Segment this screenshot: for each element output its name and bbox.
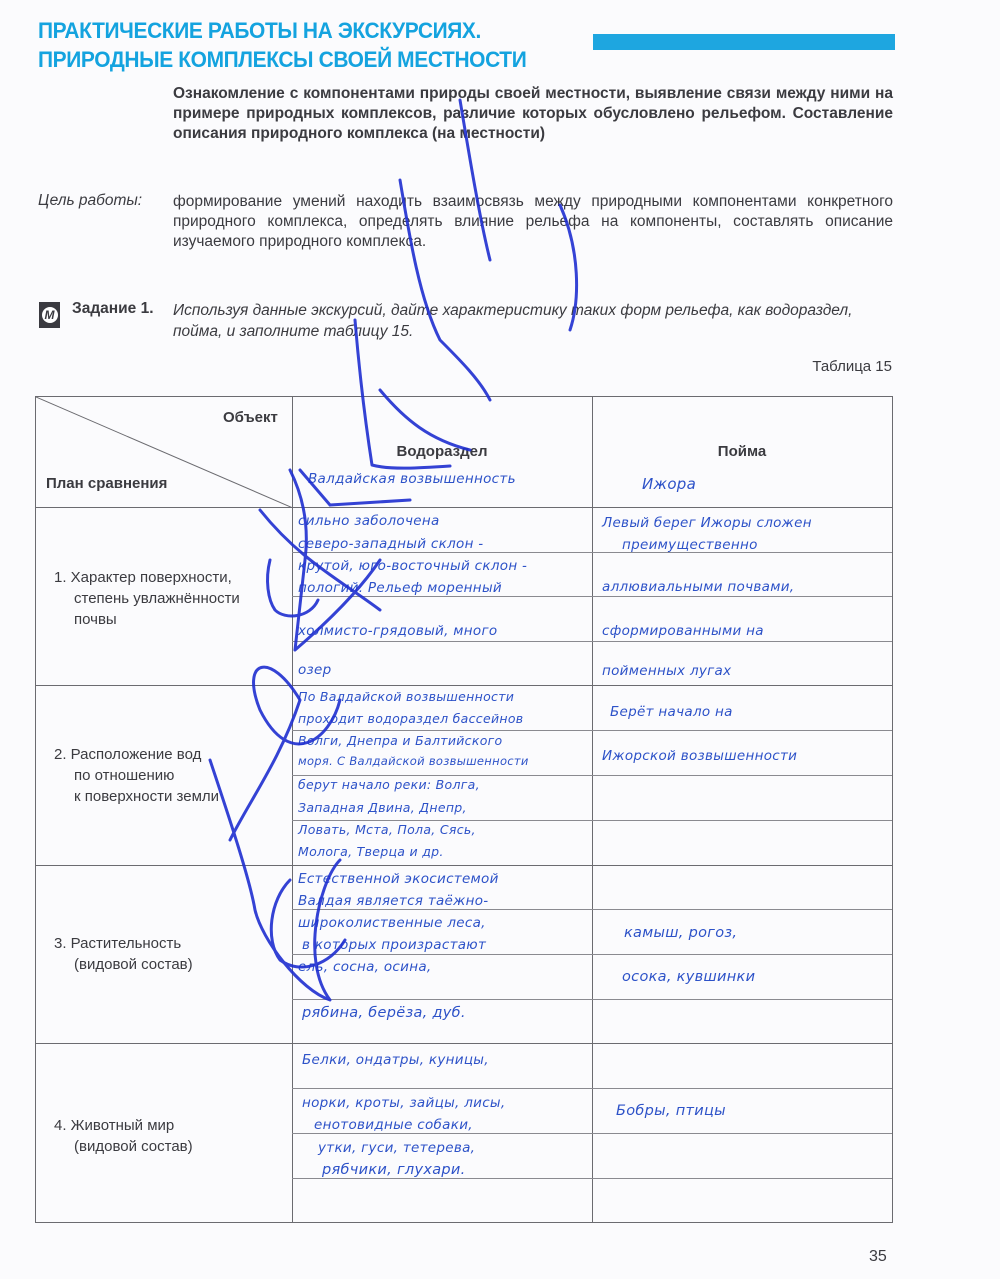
table-caption: Таблица 15 — [812, 358, 892, 375]
answer-cell: По Валдайской возвышенности — [298, 689, 514, 704]
page-title: ПРАКТИЧЕСКИЕ РАБОТЫ НА ЭКСКУРСИЯХ. ПРИРО… — [38, 16, 526, 74]
header-object-label: Объект — [223, 409, 278, 426]
row-label-vegetation: 3. Растительность (видовой состав) — [54, 933, 193, 975]
answer-cell: северо-западный склон - — [298, 536, 483, 552]
answer-cell: проходит водораздел бассейнов — [298, 711, 523, 726]
answer-cell: Молога, Тверца и др. — [298, 844, 444, 859]
metapredmet-icon: М — [39, 302, 60, 328]
row-label-surface: 1. Характер поверхности, степень увлажнё… — [54, 567, 240, 630]
title-line-2: ПРИРОДНЫЕ КОМПЛЕКСЫ СВОЕЙ МЕСТНОСТИ — [38, 45, 526, 74]
intro-text: Ознакомление с компонентами природы свое… — [173, 84, 893, 144]
task-text: Используя данные экскурсий, дайте характ… — [173, 300, 893, 342]
answer-cell: берут начало реки: Волга, — [298, 777, 480, 792]
row-divider — [36, 865, 892, 866]
answer-cell: аллювиальными почвами, — [602, 579, 794, 595]
answer-cell: в которых произрастают — [302, 937, 486, 953]
answer-cell: ель, сосна, осина, — [298, 959, 432, 975]
answer-cell: Бобры, птицы — [616, 1103, 726, 1119]
answer-cell: осока, кувшинки — [622, 969, 755, 985]
goal-text: формирование умений находить взаимосвязь… — [173, 192, 893, 252]
page-number: 35 — [869, 1248, 887, 1266]
answer-cell: преимущественно — [622, 537, 758, 553]
handwritten-watershed-name: Валдайская возвышенность — [308, 471, 516, 487]
answer-cell: крутой, юго-восточный склон - — [298, 558, 527, 574]
answer-cell: Берёт начало на — [610, 704, 733, 720]
column-divider — [292, 397, 293, 1222]
answer-cell: Валдая является таёжно- — [298, 893, 488, 909]
answer-cell: пологий. Рельеф моренный — [298, 580, 502, 596]
answer-cell: сильно заболочена — [298, 513, 440, 529]
answer-cell: Белки, ондатры, куницы, — [302, 1052, 489, 1068]
answer-cell: норки, кроты, зайцы, лисы, — [302, 1095, 505, 1111]
answer-cell: Волги, Днепра и Балтийского — [298, 733, 502, 748]
answer-cell: енотовидные собаки, — [314, 1117, 473, 1133]
answer-cell: утки, гуси, тетерева, — [318, 1140, 475, 1156]
answer-cell: моря. С Валдайской возвышенности — [298, 754, 529, 768]
row-label-fauna: 4. Животный мир (видовой состав) — [54, 1115, 193, 1157]
answer-cell: Левый берег Ижоры сложен — [602, 515, 812, 531]
comparison-table: Объект План сравнения Водораздел Пойма В… — [35, 396, 893, 1223]
header-plan-label: План сравнения — [46, 475, 167, 492]
answer-cell: рябчики, глухари. — [322, 1162, 466, 1178]
answer-cell: широколиственные леса, — [298, 915, 486, 931]
header-floodplain: Пойма — [592, 443, 892, 460]
answer-cell: пойменных лугах — [602, 663, 731, 679]
answer-cell: Ижорской возвышенности — [602, 748, 797, 764]
answer-cell: Ловать, Мста, Пола, Сясь, — [298, 822, 476, 837]
answer-cell: рябина, берёза, дуб. — [302, 1005, 466, 1021]
title-line-1: ПРАКТИЧЕСКИЕ РАБОТЫ НА ЭКСКУРСИЯХ. — [38, 16, 526, 45]
answer-cell: сформированными на — [602, 623, 764, 639]
row-label-waters: 2. Расположение вод по отношению к повер… — [54, 744, 219, 807]
row-divider — [36, 1043, 892, 1044]
answer-cell: Западная Двина, Днепр, — [298, 800, 467, 815]
row-divider — [36, 685, 892, 686]
goal-label: Цель работы: — [38, 192, 142, 210]
handwritten-floodplain-name: Ижора — [642, 475, 696, 493]
task-label: Задание 1. — [72, 300, 154, 318]
column-divider — [592, 397, 593, 1222]
answer-cell: камыш, рогоз, — [624, 925, 737, 941]
title-accent-bar — [593, 34, 895, 50]
answer-cell: озер — [298, 662, 332, 678]
answer-cell: Естественной экосистемой — [298, 871, 499, 887]
header-watershed: Водораздел — [292, 443, 592, 460]
answer-cell: холмисто-грядовый, много — [298, 623, 497, 639]
